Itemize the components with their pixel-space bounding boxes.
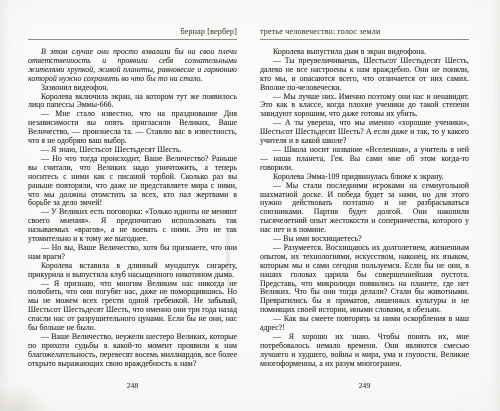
paragraph: Королева включила экран, на котором тут … bbox=[28, 93, 237, 111]
paragraph: — Но вы, Ваше Величество, хотя бы призна… bbox=[28, 244, 237, 262]
paragraph: — Разумеется. Восхищаюсь их долголетием,… bbox=[260, 244, 469, 315]
paragraph: — Школа носит название «Вселенная», а уч… bbox=[260, 146, 469, 173]
right-page-text: Королева выпустила дым в экран видеофона… bbox=[260, 48, 469, 378]
right-page-number: 249 bbox=[260, 381, 469, 390]
paragraph: — Я хорошо их знаю. Чтобы понять их, мне… bbox=[260, 333, 469, 369]
right-running-header: третье человечество: голос земли bbox=[260, 27, 469, 40]
paragraph: — А ты уверена, что мы именно «хорошие у… bbox=[260, 119, 469, 146]
left-page: бернар [вербер] В этом случае они просто… bbox=[0, 0, 250, 411]
left-page-number: 248 bbox=[28, 381, 237, 390]
paragraph: В этом случае они просто взвалили бы на … bbox=[28, 48, 237, 84]
paragraph: Королева вставила в длинный мундштук сиг… bbox=[28, 262, 237, 280]
paragraph: — Ваше Величество, неужели шестеро Велик… bbox=[28, 333, 237, 369]
left-running-header: бернар [вербер] bbox=[28, 27, 237, 40]
book-spread: бернар [вербер] В этом случае они просто… bbox=[0, 0, 500, 411]
paragraph: — Мы лучше них. Именно поэтому они нас и… bbox=[260, 93, 469, 120]
paragraph: — Но что тогда происходит, Ваше Величест… bbox=[28, 155, 237, 208]
paragraph: — Ты преувеличиваешь, Шестьсот Шестьдеся… bbox=[260, 57, 469, 93]
paragraph: — Как вы смеете повторять за ними оскорб… bbox=[260, 315, 469, 333]
paragraph: — Мне стало известно, что на праздновани… bbox=[28, 110, 237, 146]
paragraph: — У Великих есть поговорка: «Только идио… bbox=[28, 208, 237, 244]
paragraph: — Я признаю, что многим Великим нас нико… bbox=[28, 280, 237, 333]
paragraph: — Мы стали последними игроками на семиуг… bbox=[260, 182, 469, 235]
right-page: третье человечество: голос земли Королев… bbox=[250, 0, 500, 411]
left-page-text: В этом случае они просто взвалили бы на … bbox=[28, 48, 237, 378]
